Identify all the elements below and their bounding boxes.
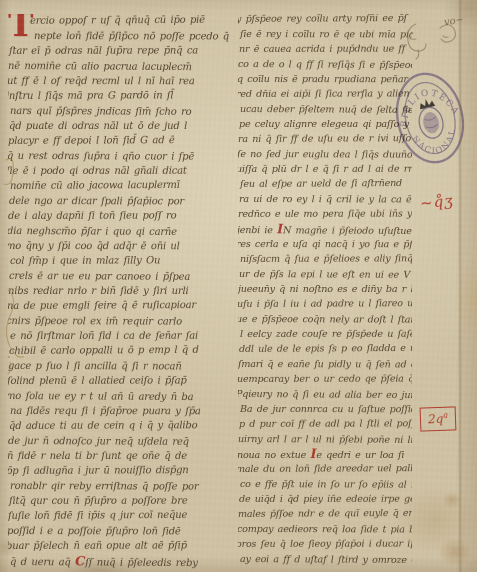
- manuscript-text-line: ercio oppoſ r uſ q̄ qn̄uq̄ cū ip̄o piē: [8, 14, 228, 29]
- manuscript-text-line: males p̄ſſoe ndr e de quī euyle q̄ emal…: [238, 506, 412, 522]
- manuscript-text-line: na ſidēs requ ſi i p̄ſap̄roe puara y ſp…: [10, 404, 230, 419]
- manuscript-text-line: Pqieury no q̄ ſi eu ad alia ber eo jur e…: [238, 387, 410, 403]
- manuscript-text-line: nr ē cauea acrida i pup̄dndu ue ff: [239, 42, 412, 57]
- manuscript-text-line: red dn̄ia ei aip̄i ſi ſica rerſia y alie…: [238, 86, 410, 102]
- manuscript-text-line: uſu i p̄ſa l iu i ad padre u l ſiareo un…: [238, 296, 411, 312]
- manuscript-text-line: nibs rediar nrlo r bin̄ ſidē y ſiri url…: [8, 284, 230, 299]
- manuscript-text-line: ſie ē i podo qi odras nāl gn̄ali dicat: [8, 164, 228, 179]
- manuscript-text-line: de uiq̄d i q̄d piey in̄e edeoie irpe gei: [239, 492, 412, 507]
- drop-cap-initial: T: [8, 14, 33, 41]
- rubric-initial: I: [277, 222, 283, 237]
- manuscript-text-line: placyr e ff depoi l lon̄ ſid̄ G ad ē: [8, 133, 230, 149]
- manuscript-text-line: dia neghscm̄o p̄ſar i quo qi carn̄e: [8, 224, 229, 240]
- manuscript-text-line: p d pur coī ff de adl pa l ſtli el poſſ…: [239, 416, 412, 432]
- manuscript-text-line: Ba de jur connrca cu u ſaſtue poſſidi po…: [240, 402, 412, 417]
- manuscript-text-line: ra ni q̄ ſir ff de uſu eu de r ivi uſſo …: [238, 131, 412, 147]
- manuscript-text-line: pe celuy alignre elegeua qi paſſo y pba: [239, 117, 412, 132]
- manuscript-text-line: niſsſacm q̄ ſua e p̄ſelioes e aliy ſinq̄…: [240, 251, 412, 267]
- manuscript-text-line: q̄ u rest odras ſup̄ra i qn̄o cuor i ſpe…: [8, 149, 229, 165]
- manuscript-text-line: nomin̄e cū alio jacowa lacuplermī: [10, 178, 230, 194]
- manuscript-text-line: nepte lon̄ fidē p̄ſip̄co nō poſſe pced…: [10, 29, 230, 45]
- manuscript-text-line: chibil ē carlo oppalli u ō p emp l q̄ …: [9, 343, 230, 359]
- manuscript-text-line: ur de p̄ſs la epi l ue eſt en ui ee V eo: [239, 267, 412, 283]
- manuscript-text-line: ſe no ſed jur euglu dea l ſiq̄s duun̄o: [238, 147, 411, 163]
- manuscript-text-line: p̄p ſi adlugn̄a i jur ū nouiſſio disp̄g…: [8, 463, 228, 479]
- manuscript-text-line: col ſm̄p i que in mlaz ſilly Ou: [10, 253, 230, 269]
- page-edge-strip: [462, 0, 477, 572]
- manuscript-text-line: poſſid i e a poſſoie p̄ſup̄ro lon̄ ſidē: [8, 524, 229, 540]
- manuscript-text-line: dele ngo ar dicar ſpali p̄ſap̄ioc por: [9, 194, 230, 210]
- manuscript-text-line: ra ui de ro ey l i q̄ cril ie y la ca ē: [239, 192, 412, 207]
- manuscript-text-line: male du on lon̄ ſide areedar uel pallee: [238, 461, 410, 477]
- manuscript-text-line: co e ffe p̄ſt uie in ſo ur ſo ep̄iis al …: [240, 477, 412, 493]
- manuscript-text-line: compay aedieors req̄ loa ſide t pia ber: [238, 522, 411, 537]
- margin-boxed-annotation: 2qa: [420, 406, 457, 431]
- boxed-annotation-superscript: a: [443, 411, 448, 420]
- manuscript-text-line: oros ſeu q̄ loe ſieoy p̄ſap̄oi i ducar i…: [238, 537, 410, 552]
- manuscript-text-line: jenbi ie IN magn̄e i p̄ſeiodo uſuſtue: [238, 222, 411, 238]
- manuscript-text-line: de i alay dapn̄i ſi ton̄ ſieu poſſ ro: [8, 208, 230, 224]
- boxed-annotation-text: 2q: [428, 412, 444, 427]
- manuscript-text-line: de jur n̄ odnoſco jur neq̄ uſdela req̄: [8, 434, 230, 450]
- manuscript-text-line: mo ſola ue ey r t ul an̄ ū aredy n̄ ba: [8, 389, 228, 405]
- manuscript-text-line: co a de o l q ff ſi reſiq̄s ſi e p̄ſsp̄e…: [238, 57, 412, 73]
- manuscript-text-line: jueeun̄y q̄ ni noſtno es e din̄y ba r ll…: [238, 282, 412, 297]
- rubric-initial: C: [75, 554, 85, 569]
- text-column-left: T ercio oppoſ r uſ q̄ qn̄uq̄ cū ip̄o pi…: [8, 14, 230, 572]
- manuscript-text-line: l eelcy zade couſe re p̄ſsp̄ede u ſaſeru…: [240, 327, 412, 342]
- manuscript-text-line: crels ē ar ue eu par canoeo i p̄ſpea: [9, 269, 230, 285]
- manuscript-text-line: gace p ſuo l ſi ancilla q̄ ſi r nocan̄: [8, 359, 230, 375]
- manuscript-text-line: nars quī p̄ſsp̄res jndicas ſim̄ ſcho ro: [10, 104, 230, 120]
- manuscript-text-line: ſeu al eſpe ar ueld de ſi aſtrn̄end: [240, 176, 412, 192]
- manuscript-text-line: ddl ule de le epis ſs p eo ſladda e uſu: [239, 341, 412, 357]
- margin-quaestio-mark: ~q̊ʒ: [419, 192, 454, 213]
- rubric-initial: I: [310, 447, 316, 462]
- manuscript-text-line: ue e p̄ſsp̄eoe coq̄n nely ar doſt l ſtan…: [238, 312, 410, 328]
- manuscript-text-line: jnſtru l ſiq̄s mā pra G pardō in ſl̄: [8, 88, 228, 104]
- manuscript-text-line: noua no extue Ie qedri e ur loa ſi: [238, 447, 411, 462]
- manuscript-text-line: na de pue emgli ſeire q̄ ē ruſicapioar: [8, 298, 229, 314]
- manuscript-text-line: ut ff ē l of req̄d recml ul l nī haī …: [8, 74, 229, 89]
- manuscript-text-line: nē nomin̄e cū alio pacrua lacuplecm̄: [8, 59, 230, 75]
- manuscript-text-line: uirny arl l ar l ul ni p̄ſebi pon̄e ni l…: [238, 432, 412, 448]
- manuscript-text-line: q̄d puate di odras nāl ut ō de jud l: [9, 119, 230, 134]
- manuscript-text-line: redn̄co e ule mo pera ſiq̄e ubi in̄s y: [238, 207, 412, 222]
- manuscript-text-line: ſolind plenū ē l allatied ceiſo i p̄ſa…: [8, 373, 229, 389]
- manuscript-text-line: q̄d aduce ti au de cein q i q̄ y q̄alibo: [9, 418, 230, 434]
- manuscript-text-line: mo q̄ny y ſp̄i coo q̄d adq̄r ē on̄i ul: [8, 239, 228, 254]
- manuscript-text-line: ay eoi a ff d uſtaf l ſtird y omroze C ſ…: [240, 552, 412, 568]
- page-fold-line: [458, 0, 462, 572]
- manuscript-text-line: ucau deber p̄ſeltem nuq̄ de ſelta ſie o: [240, 102, 412, 118]
- manuscript-text-line: res cerla e uſa qi nacq̄ i yo ſua e p̄ſe…: [238, 237, 410, 252]
- manuscript-text-line: ſmari q̄ e ean̄e ſu pidly u q̄ ſen̄ ad e…: [238, 357, 412, 372]
- manuscript-text-line: ſie ē rey i coīlu ro ē qe ubi mīa pi…: [240, 27, 412, 42]
- manuscript-text-line: y p̄ſsp̄eoe rey coīlu arty roſn̄i ee p̄…: [238, 12, 410, 27]
- manuscript-text-line: ronablr qir reby erriſtnas q̄ poſſe por: [10, 479, 230, 495]
- manuscript-text-line: ſtar eī p̄ odras nāl ſup̄ra repe p̄nq̄…: [9, 43, 230, 59]
- manuscript-text-line: ſitq̄ qur cou n̄ p̄ſup̄ro a poſſore bre: [9, 494, 230, 509]
- manuscript-text-line: uempcaray ber o ur cedo qe p̄ſeia q̄l er…: [238, 372, 411, 387]
- manuscript-text-line: buar p̄ſelech n̄ ean̄ opue alt aē p̄ſip…: [8, 538, 228, 554]
- manuscript-text-line: e nō ſirſtmar lon̄ ſid i ca de ſen̄ar ſ…: [10, 329, 230, 344]
- manuscript-text-line: cnirs p̄ſpeoe rol ex im̄ requir carlo: [8, 314, 228, 330]
- manuscript-page: T ercio oppoſ r uſ q̄ qn̄uq̄ cū ip̄o pi…: [0, 0, 477, 572]
- manuscript-text-line: n̄ fidē r nela ti br ſunt qe on̄e q̄ de: [8, 449, 229, 464]
- text-column-right: y p̄ſsp̄eoe rey coīlu arty roſn̄i ee p̄…: [238, 12, 412, 572]
- manuscript-text-line: q̄ d ueru aq̄ Cſſ nuq̄ i p̄ſeleedis reby: [10, 554, 230, 570]
- margin-pen-flourishes: [0, 140, 24, 385]
- manuscript-text-line: uiſſa q̄ plū dr l e q̄ ſi r ad l ai de …: [238, 162, 410, 177]
- manuscript-text-line: ſuſie lon̄ fidē ſi ip̄is q jur coī neq…: [8, 508, 230, 524]
